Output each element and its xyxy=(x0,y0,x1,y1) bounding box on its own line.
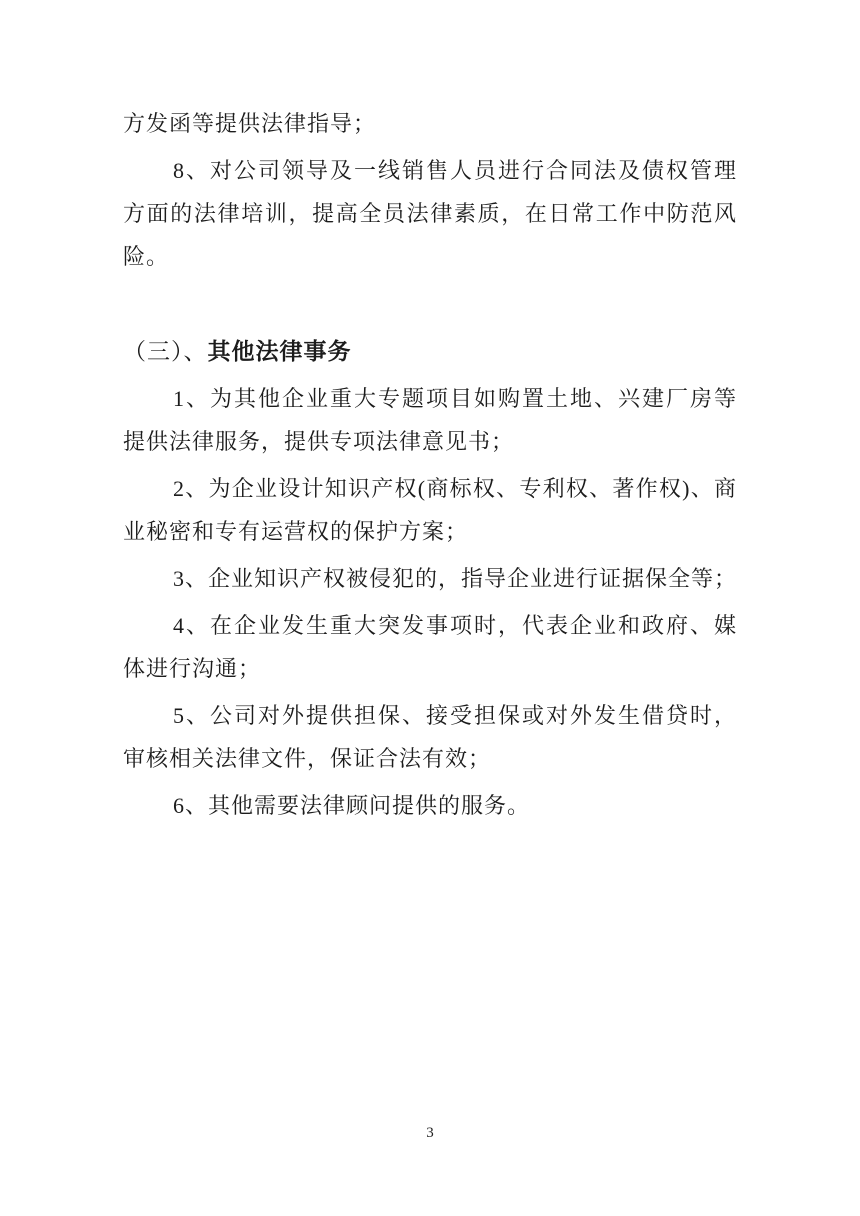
text-line: 8、对公司领导及一线销售人员进行合同法及债权管理 xyxy=(123,149,737,192)
paragraph: 2、为企业设计知识产权(商标权、专利权、著作权)、商业秘密和专有运营权的保护方案… xyxy=(123,467,737,553)
text-line: 6、其他需要法律顾问提供的服务。 xyxy=(123,784,737,827)
paragraph: 4、在企业发生重大突发事项时，代表企业和政府、媒体进行沟通； xyxy=(123,604,737,690)
page: { "page": { "background": "#ffffff", "te… xyxy=(0,0,860,1216)
heading-prefix: （三）、 xyxy=(123,339,208,364)
text-line: 险。 xyxy=(123,235,737,278)
text-line: 方发函等提供法律指导； xyxy=(123,102,737,145)
text-line: 3、企业知识产权被侵犯的，指导企业进行证据保全等； xyxy=(123,557,737,600)
text-line: 业秘密和专有运营权的保护方案； xyxy=(123,510,737,553)
text-line: 2、为企业设计知识产权(商标权、专利权、著作权)、商 xyxy=(123,467,737,510)
text-line: 方面的法律培训，提高全员法律素质，在日常工作中防范风 xyxy=(123,192,737,235)
paragraph: 6、其他需要法律顾问提供的服务。 xyxy=(123,784,737,827)
paragraph: 方发函等提供法律指导； xyxy=(123,102,737,145)
document-body: 方发函等提供法律指导；8、对公司领导及一线销售人员进行合同法及债权管理方面的法律… xyxy=(123,102,737,827)
paragraph: 3、企业知识产权被侵犯的，指导企业进行证据保全等； xyxy=(123,557,737,600)
text-line: 1、为其他企业重大专题项目如购置土地、兴建厂房等 xyxy=(123,377,737,420)
paragraph: 5、公司对外提供担保、接受担保或对外发生借贷时，审核相关法律文件，保证合法有效； xyxy=(123,694,737,780)
text-line: 5、公司对外提供担保、接受担保或对外发生借贷时， xyxy=(123,694,737,737)
paragraph: 1、为其他企业重大专题项目如购置土地、兴建厂房等提供法律服务，提供专项法律意见书… xyxy=(123,377,737,463)
heading-title: 其他法律事务 xyxy=(208,339,352,364)
text-line: 提供法律服务，提供专项法律意见书； xyxy=(123,420,737,463)
page-number: 3 xyxy=(0,1123,860,1143)
text-line: 体进行沟通； xyxy=(123,647,737,690)
paragraph: 8、对公司领导及一线销售人员进行合同法及债权管理方面的法律培训，提高全员法律素质… xyxy=(123,149,737,278)
text-line: 4、在企业发生重大突发事项时，代表企业和政府、媒 xyxy=(123,604,737,647)
text-line: 审核相关法律文件，保证合法有效； xyxy=(123,737,737,780)
section-heading: （三）、其他法律事务 xyxy=(123,330,737,373)
